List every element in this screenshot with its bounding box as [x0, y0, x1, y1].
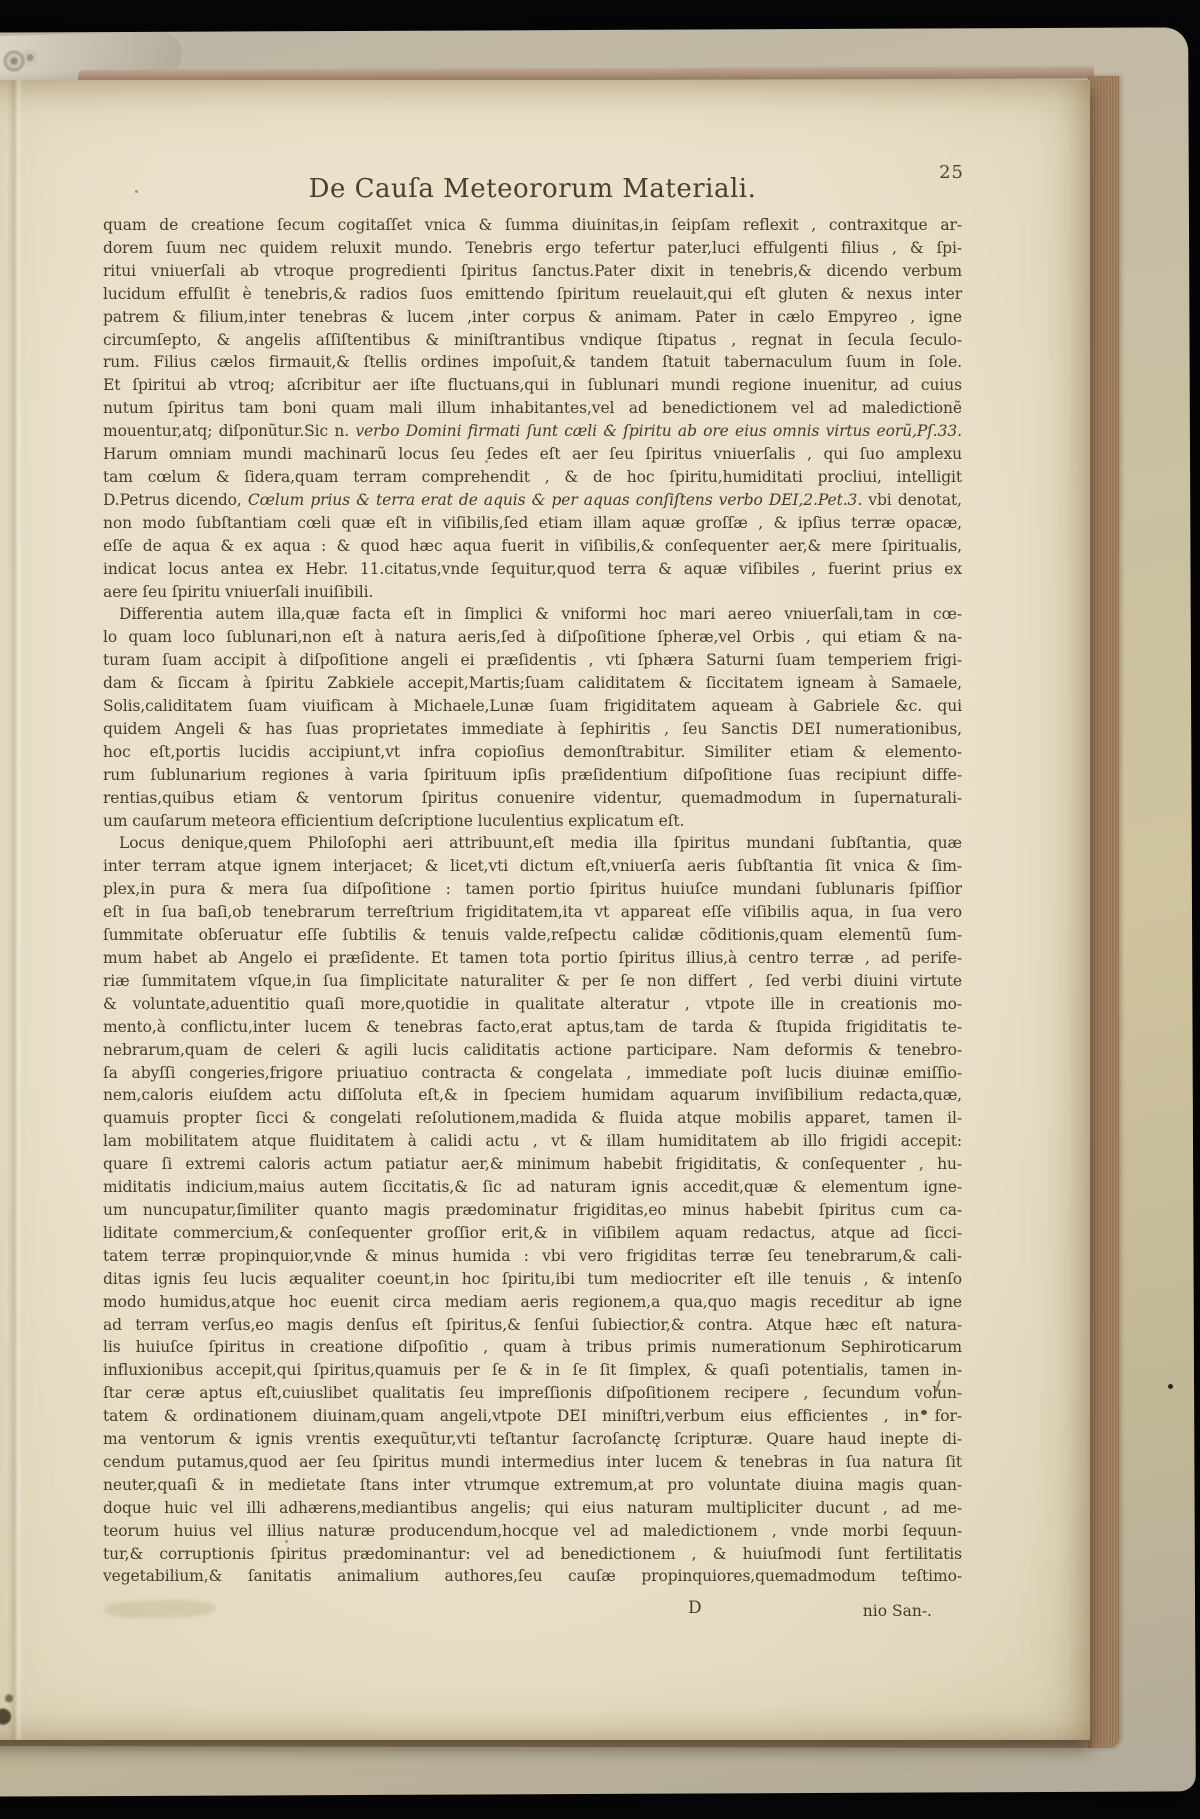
catchword: nio San-. — [863, 1602, 932, 1620]
text-segment: ad terram verſus,eo magis denſus eſt ſpi… — [103, 1316, 962, 1334]
paper-speck — [485, 460, 488, 463]
text-line: ſtar ceræ aptus eſt,cuiuslibet qualitati… — [103, 1382, 962, 1405]
text-segment: ditas ignis ſeu lucis æqualiter coeunt,i… — [103, 1270, 962, 1288]
text-line: mouentur,atq; diſponũtur.Sic n. verbo Do… — [103, 420, 962, 443]
text-line: Et ſpiritui ab vtroq; aſcribitur aer iſt… — [103, 374, 962, 397]
text-segment: modo humidus,atque hoc euenit circa medi… — [103, 1293, 962, 1311]
text-segment: rum ſublunarium regiones à varia ſpiritu… — [103, 766, 962, 784]
text-line: teorum huius vel illius naturæ producend… — [103, 1520, 962, 1543]
text-line: ritui vniuerſali ab vtroque progredienti… — [103, 260, 962, 283]
text-line: rum. Filius cælos firmauit,& ſtellis ord… — [103, 351, 962, 374]
text-segment: nutum ſpiritus tam boni quam mali illum … — [103, 399, 962, 417]
text-line: & voluntate,aduentitio quaſi more,quotid… — [103, 993, 962, 1016]
text-segment: hoc eſt,portis lucidis accipiunt,vt infr… — [103, 743, 962, 761]
text-line: tatem terræ propinquior,vnde & minus hum… — [103, 1245, 962, 1268]
page-footer: D nio San-. — [103, 1598, 962, 1628]
text-segment: mento,à conflictu,inter lucem & tenebras… — [103, 1018, 962, 1036]
text-segment: plex,in pura & mera ſua diſpoſitione : t… — [103, 880, 962, 898]
ink-speck-cover — [1168, 1384, 1173, 1389]
text-segment: eſt in ſua baſi,ob tenebrarum terreſtriu… — [103, 903, 962, 921]
text-segment: tatem terræ propinquior,vnde & minus hum… — [103, 1247, 962, 1265]
text-line: um nuncupatur,ſimiliter quanto magis præ… — [103, 1199, 962, 1222]
page-number: 25 — [939, 162, 964, 183]
text-line: tam cœlum & ſidera,quam terram comprehen… — [103, 466, 962, 489]
text-line: nutum ſpiritus tam boni quam mali illum … — [103, 397, 962, 420]
text-line: ad terram verſus,eo magis denſus eſt ſpi… — [103, 1314, 962, 1337]
text-line: lis huiuſce ſpiritus in creatione diſpoſ… — [103, 1336, 962, 1359]
text-line: liditate commercium,& conſequenter groſſ… — [103, 1222, 962, 1245]
text-line: riæ ſummitatem vſque,in ſua ſimplicitate… — [103, 970, 962, 993]
text-segment: turam ſuam accipit à diſpoſitione angeli… — [103, 651, 962, 669]
text-segment: Differentia autem illa,quæ facta eſt in … — [119, 605, 962, 623]
text-line: turam ſuam accipit à diſpoſitione angeli… — [103, 649, 962, 672]
text-line: mum habet ab Angelo ei præſidente. Et ta… — [103, 947, 962, 970]
text-segment: influxionibus accepit,qui ſpiritus,quamu… — [103, 1361, 962, 1379]
running-title: De Cauſa Meteororum Materiali. 25 — [103, 174, 962, 204]
text-segment: non modo ſubſtantiam cœli quæ eſt in viſ… — [103, 514, 962, 532]
text-line: nem,caloris eiuſdem actu diſſoluta eſt,&… — [103, 1084, 962, 1107]
text-line: doque huic vel illi adhærens,mediantibus… — [103, 1497, 962, 1520]
text-segment: miditatis indicium,maius autem ſiccitati… — [103, 1178, 962, 1196]
text-segment: ſa abyſſi congeries,frigore priuatiuo co… — [103, 1064, 962, 1082]
text-line: influxionibus accepit,qui ſpiritus,quamu… — [103, 1359, 962, 1382]
text-line: ſummitate obſeruatur eſſe ſubtilis & ten… — [103, 924, 962, 947]
text-segment: doque huic vel illi adhærens,mediantibus… — [103, 1499, 962, 1517]
text-segment: mum habet ab Angelo ei præſidente. Et ta… — [103, 949, 962, 967]
page-crease — [7, 80, 23, 1740]
text-line: circumſepto, & angelis aſſiſtentibus & m… — [103, 329, 962, 352]
signature-mark: D — [688, 1598, 702, 1618]
text-line: Differentia autem illa,quæ facta eſt in … — [103, 603, 962, 626]
text-segment: rentias,quibus etiam & ventorum ſpiritus… — [103, 789, 962, 807]
text-segment: rum. Filius cælos firmauit,& ſtellis ord… — [103, 353, 962, 371]
text-segment: eſſe de aqua & ex aqua : & quod hæc aqua… — [103, 537, 962, 555]
text-segment: Cœlum prius & terra erat de aquis & per … — [248, 491, 862, 509]
page-block-fore-edge — [1088, 76, 1119, 1748]
text-segment: teorum huius vel illius naturæ producend… — [103, 1522, 962, 1540]
text-segment: ma ventorum & ignis vrentis exequũtur,vt… — [103, 1430, 962, 1448]
text-line: mento,à conflictu,inter lucem & tenebras… — [103, 1016, 962, 1039]
text-segment: quam de creatione ſecum cogitaſſet vnica… — [103, 216, 962, 234]
text-segment: indicat locus antea ex Hebr. 11.citatus,… — [103, 560, 962, 578]
text-segment: Solis,caliditatem ſuam viuificam à Micha… — [103, 697, 962, 715]
text-segment: & voluntate,aduentitio quaſi more,quotid… — [103, 995, 962, 1013]
text-segment: neuter,quaſi & in medietate ſtans inter … — [103, 1476, 962, 1494]
text-line: dam & ſiccam à ſpiritu Zabkiele accepit,… — [103, 672, 962, 695]
text-line: Solis,caliditatem ſuam viuificam à Micha… — [103, 695, 962, 718]
ink-smudge — [0, 1688, 19, 1740]
text-line: lucidum effulſit è tenebris,& radios ſuo… — [103, 283, 962, 306]
text-line: inter terram atque ignem interjacet; & l… — [103, 855, 962, 878]
text-line: quamuis propter ſicci & congelati reſolu… — [103, 1107, 962, 1130]
text-segment: lis huiuſce ſpiritus in creatione diſpoſ… — [103, 1338, 962, 1356]
text-segment: tam cœlum & ſidera,quam terram comprehen… — [103, 468, 962, 486]
text-segment: lucidum effulſit è tenebris,& radios ſuo… — [103, 285, 962, 303]
text-line: vegetabilium,& ſanitatis animalium autho… — [103, 1565, 962, 1588]
text-segment: vegetabilium,& ſanitatis animalium autho… — [103, 1567, 962, 1585]
text-line: Locus denique,quem Philoſophi aeri attri… — [103, 832, 962, 855]
cover-curl-detail — [2, 44, 42, 78]
body-text-block: quam de creatione ſecum cogitaſſet vnica… — [103, 214, 962, 1588]
text-line: Harum omniam mundi machinarũ locus ſeu ſ… — [103, 443, 962, 466]
text-line: quare ſi extremi caloris actum patiatur … — [103, 1153, 962, 1176]
text-line: rentias,quibus etiam & ventorum ſpiritus… — [103, 787, 962, 810]
photo-background: De Cauſa Meteororum Materiali. 25 quam d… — [0, 0, 1200, 1819]
text-line: D.Petrus dicendo, Cœlum prius & terra er… — [103, 489, 962, 512]
text-segment: dorem ſuum nec quidem reluxit mundo. Ten… — [103, 239, 962, 257]
text-line: um cauſarum meteora efficientium deſcrip… — [103, 810, 962, 833]
text-line: non modo ſubſtantiam cœli quæ eſt in viſ… — [103, 512, 962, 535]
text-segment: ſtar ceræ aptus eſt,cuiuslibet qualitati… — [103, 1384, 962, 1402]
text-segment: aere ſeu ſpiritu vniuerſali inuiſibili. — [103, 583, 373, 601]
text-segment: ſummitate obſeruatur eſſe ſubtilis & ten… — [103, 926, 962, 944]
text-segment: quamuis propter ſicci & congelati reſolu… — [103, 1109, 962, 1127]
text-line: nebrarum,quam de celeri & agili lucis ca… — [103, 1039, 962, 1062]
text-line: tur,& corruptionis ſpiritus prædominantu… — [103, 1543, 962, 1566]
text-segment: liditate commercium,& conſequenter groſſ… — [103, 1224, 962, 1242]
text-line: lam mobilitatem atque fluiditatem à cali… — [103, 1130, 962, 1153]
text-line: dorem ſuum nec quidem reluxit mundo. Ten… — [103, 237, 962, 260]
text-line: ma ventorum & ignis vrentis exequũtur,vt… — [103, 1428, 962, 1451]
text-segment: riæ ſummitatem vſque,in ſua ſimplicitate… — [103, 972, 962, 990]
text-line: plex,in pura & mera ſua diſpoſitione : t… — [103, 878, 962, 901]
text-line: hoc eſt,portis lucidis accipiunt,vt infr… — [103, 741, 962, 764]
text-line: aere ſeu ſpiritu vniuerſali inuiſibili. — [103, 581, 962, 604]
text-segment: cendum putamus,quod aer ſeu ſpiritus mun… — [103, 1453, 962, 1471]
text-segment: nem,caloris eiuſdem actu diſſoluta eſt,&… — [103, 1086, 962, 1104]
text-segment: verbo Domini firmati ſunt cæli & ſpiritu… — [355, 422, 962, 440]
text-segment: tatem & ordinationem diuinam,quam angeli… — [103, 1407, 962, 1425]
text-segment: tur,& corruptionis ſpiritus prædominantu… — [103, 1545, 962, 1563]
text-line: indicat locus antea ex Hebr. 11.citatus,… — [103, 558, 962, 581]
text-line: lo quam loco ſublunari,non eſt à natura … — [103, 626, 962, 649]
text-segment: circumſepto, & angelis aſſiſtentibus & m… — [103, 331, 962, 349]
text-line: quam de creatione ſecum cogitaſſet vnica… — [103, 214, 962, 237]
text-segment: lo quam loco ſublunari,non eſt à natura … — [103, 628, 962, 646]
paper-speck — [135, 190, 138, 193]
text-segment: ritui vniuerſali ab vtroque progredienti… — [103, 262, 962, 280]
text-segment: inter terram atque ignem interjacet; & l… — [103, 857, 962, 875]
text-segment: patrem & filium,inter tenebras & lucem ,… — [103, 308, 962, 326]
text-segment: quidem Angeli & has ſuas proprietates im… — [103, 720, 962, 738]
paper-speck — [285, 1540, 288, 1543]
text-segment: lam mobilitatem atque fluiditatem à cali… — [103, 1132, 962, 1150]
ink-dot-margin — [921, 1410, 927, 1415]
running-title-text: De Cauſa Meteororum Materiali. — [309, 174, 757, 204]
text-line: neuter,quaſi & in medietate ſtans inter … — [103, 1474, 962, 1497]
book-page: De Cauſa Meteororum Materiali. 25 quam d… — [0, 80, 1090, 1740]
text-segment: quare ſi extremi caloris actum patiatur … — [103, 1155, 962, 1173]
text-segment: Et ſpiritui ab vtroq; aſcribitur aer iſt… — [103, 376, 962, 394]
text-line: ditas ignis ſeu lucis æqualiter coeunt,i… — [103, 1268, 962, 1291]
text-segment: mouentur,atq; diſponũtur.Sic n. — [103, 422, 355, 440]
text-line: tatem & ordinationem diuinam,quam angeli… — [103, 1405, 962, 1428]
text-segment: um nuncupatur,ſimiliter quanto magis præ… — [103, 1201, 962, 1219]
text-line: quidem Angeli & has ſuas proprietates im… — [103, 718, 962, 741]
text-segment: nebrarum,quam de celeri & agili lucis ca… — [103, 1041, 962, 1059]
text-line: eſt in ſua baſi,ob tenebrarum terreſtriu… — [103, 901, 962, 924]
text-segment: dam & ſiccam à ſpiritu Zabkiele accepit,… — [103, 674, 962, 692]
text-line: modo humidus,atque hoc euenit circa medi… — [103, 1291, 962, 1314]
text-line: miditatis indicium,maius autem ſiccitati… — [103, 1176, 962, 1199]
text-segment: Harum omniam mundi machinarũ locus ſeu ſ… — [103, 445, 962, 463]
text-line: ſa abyſſi congeries,frigore priuatiuo co… — [103, 1062, 962, 1085]
text-segment: um cauſarum meteora efficientium deſcrip… — [103, 812, 684, 830]
text-line: eſſe de aqua & ex aqua : & quod hæc aqua… — [103, 535, 962, 558]
text-segment: Locus denique,quem Philoſophi aeri attri… — [119, 834, 962, 852]
text-line: patrem & filium,inter tenebras & lucem ,… — [103, 306, 962, 329]
text-segment: D.Petrus dicendo, — [103, 491, 248, 509]
text-line: rum ſublunarium regiones à varia ſpiritu… — [103, 764, 962, 787]
text-line: cendum putamus,quod aer ſeu ſpiritus mun… — [103, 1451, 962, 1474]
text-segment: vbi denotat, — [862, 491, 962, 509]
